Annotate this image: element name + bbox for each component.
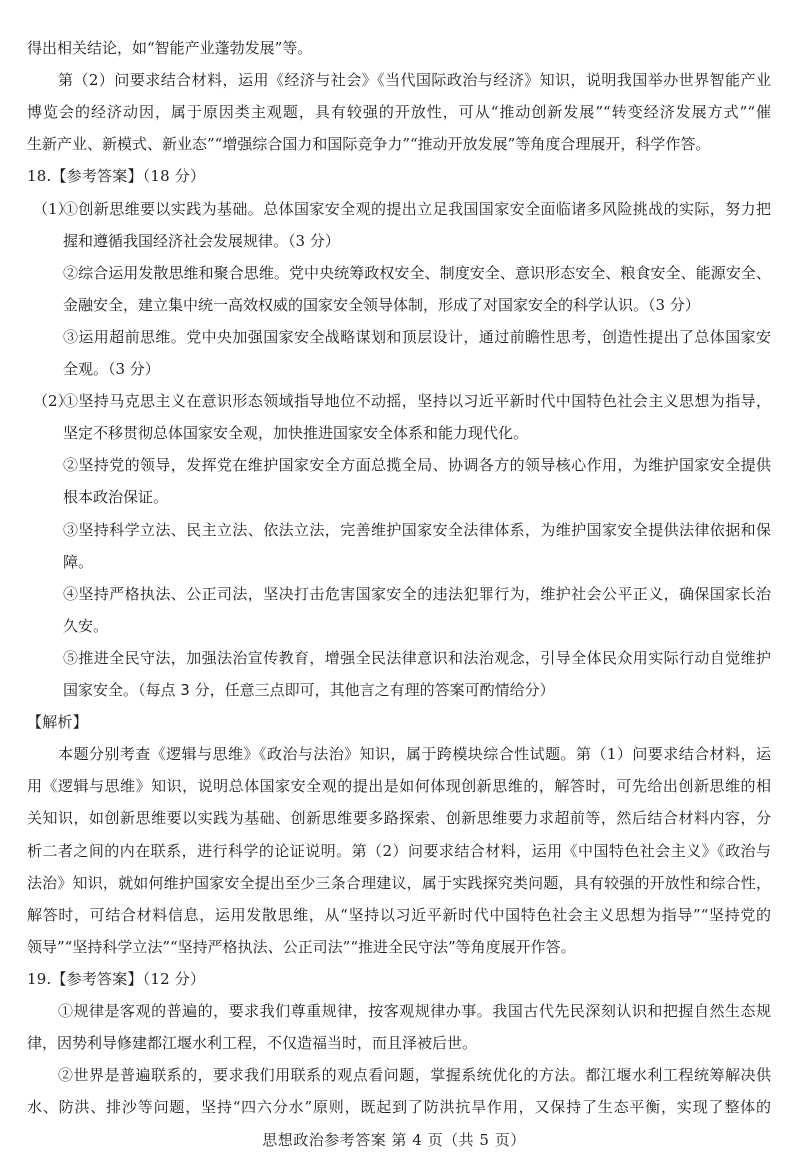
q18-part2-item-3: ③坚持科学立法、民主立法、依法立法，完善维护国家安全法律体系，为维护国家安全提供… [63,519,771,541]
analysis-line: 法治》知识，就如何维护国家安全提出至少三条合理建议，属于实践探究类问题，具有较强… [27,872,771,894]
analysis-line: 解答时，可结合材料信息，运用发散思维，从“坚持以习近平新时代中国特色社会主义思想… [27,904,771,926]
q18-part1-item-3: ③运用超前思维。党中央加强国家安全战略谋划和顶层设计，通过前瞻性思考，创造性提出… [63,326,771,348]
q17-part2-analysis-line: 生新产业、新模式、新业态”“增强综合国力和国际竞争力”“推动开放发展”等角度合理… [27,133,710,155]
q19-item-1: 律，因势利导修建都江堰水利工程，不仅造福当时，而且泽被后世。 [27,1032,477,1054]
q18-part2-item-5-tail: 国家安全。 [63,681,138,699]
q18-part1-item-3: 全观。（3 分） [63,358,160,380]
q18-part2-item-1: ①坚持马克思主义在意识形态领域指导地位不动摇，坚持以习近平新时代中国特色社会主义… [63,390,771,412]
analysis-line: 领导”“坚持科学立法”“坚持严格执法、公正司法”“推进全民守法”等角度展开作答。 [27,936,576,958]
q19-heading: 19.【参考答案】（12 分） [27,968,205,990]
analysis-heading: 【解析】 [27,711,88,733]
q18-part1-item-1: 握和遵循我国经济社会发展规律。（3 分） [63,230,340,252]
q17-part2-analysis-line: 第（2）问要求结合材料，运用《经济与社会》《当代国际政治与经济》知识，说明我国举… [58,69,771,91]
analysis-line: 用《逻辑与思维》知识，说明总体国家安全观的提出是如何体现创新思维的，解答时，可先… [27,775,771,797]
q18-heading: 18.【参考答案】（18 分） [27,165,205,187]
q19-item-2: ②世界是普遍联系的，要求我们用联系的观点看问题，掌握系统优化的方法。都江堰水利工… [58,1064,771,1086]
q17-part2-analysis-line: 博览会的经济动因，属于原因类主观题，具有较强的开放性，可从“推动创新发展”“转变… [27,101,771,123]
q18-part2-item-4: ④坚持严格执法、公正司法，坚决打击危害国家安全的违法犯罪行为，维护社会公平正义，… [63,583,771,605]
q19-item-2: 水、防洪、排沙等问题，坚持“四六分水”原则，既起到了防洪抗旱作用，又保持了生态平… [27,1096,771,1118]
q19-item-1: ①规律是客观的普遍的，要求我们尊重规律，按客观规律办事。我国古代先民深刻认识和把… [58,1000,771,1022]
q18-part2-item-4: 久安。 [63,615,108,637]
q17-conclusion-line: 得出相关结论，如“智能产业蓬勃发展”等。 [27,37,312,59]
analysis-line: 关知识，如创新思维要以实践为基础、创新思维要多路探索、创新思维要力求超前等，然后… [27,807,771,829]
q18-part1-item-2: ②综合运用发散思维和聚合思维。党中央统筹政权安全、制度安全、意识形态安全、粮食安… [63,262,771,284]
q18-part2-item-2: ②坚持党的领导，发挥党在维护国家安全方面总揽全局、协调各方的领导核心作用，为维护… [63,454,771,476]
q18-part2-item-1: 坚定不移贯彻总体国家安全观，加快推进国家安全体系和能力现代化。 [63,422,528,444]
q18-part1-item-1: ①创新思维要以实践为基础。总体国家安全观的提出立足我国国家安全面临诸多风险挑战的… [63,198,771,220]
page-footer: 思想政治参考答案 第 4 页（共 5 页） [0,1129,788,1151]
q18-part2-item-2: 根本政治保证。 [63,486,168,508]
q18-part2-item-5: ⑤推进全民守法，加强法治宣传教育，增强全民法律意识和法治观念，引导全体民众用实际… [63,647,771,669]
q18-part2-item-3: 障。 [63,551,93,573]
q18-part1-item-2: 金融安全，建立集中统一高效权威的国家安全领导体制，形成了对国家安全的科学认识。（… [63,294,700,316]
q18-part2-item-5: 国家安全。（每点 3 分，任意三点即可，其他言之有理的答案可酌情给分） [63,679,555,701]
analysis-line: 析二者之间的内在联系，进行科学的论证说明。第（2）问要求结合材料，运用《中国特色… [27,840,771,862]
analysis-line: 本题分别考查《逻辑与思维》《政治与法治》知识，属于跨模块综合性试题。第（1）问要… [58,743,771,765]
document-page: 得出相关结论，如“智能产业蓬勃发展”等。 第（2）问要求结合材料，运用《经济与社… [0,0,800,1172]
scoring-note: （每点 3 分，任意三点即可，其他言之有理的答案可酌情给分） [138,681,555,699]
